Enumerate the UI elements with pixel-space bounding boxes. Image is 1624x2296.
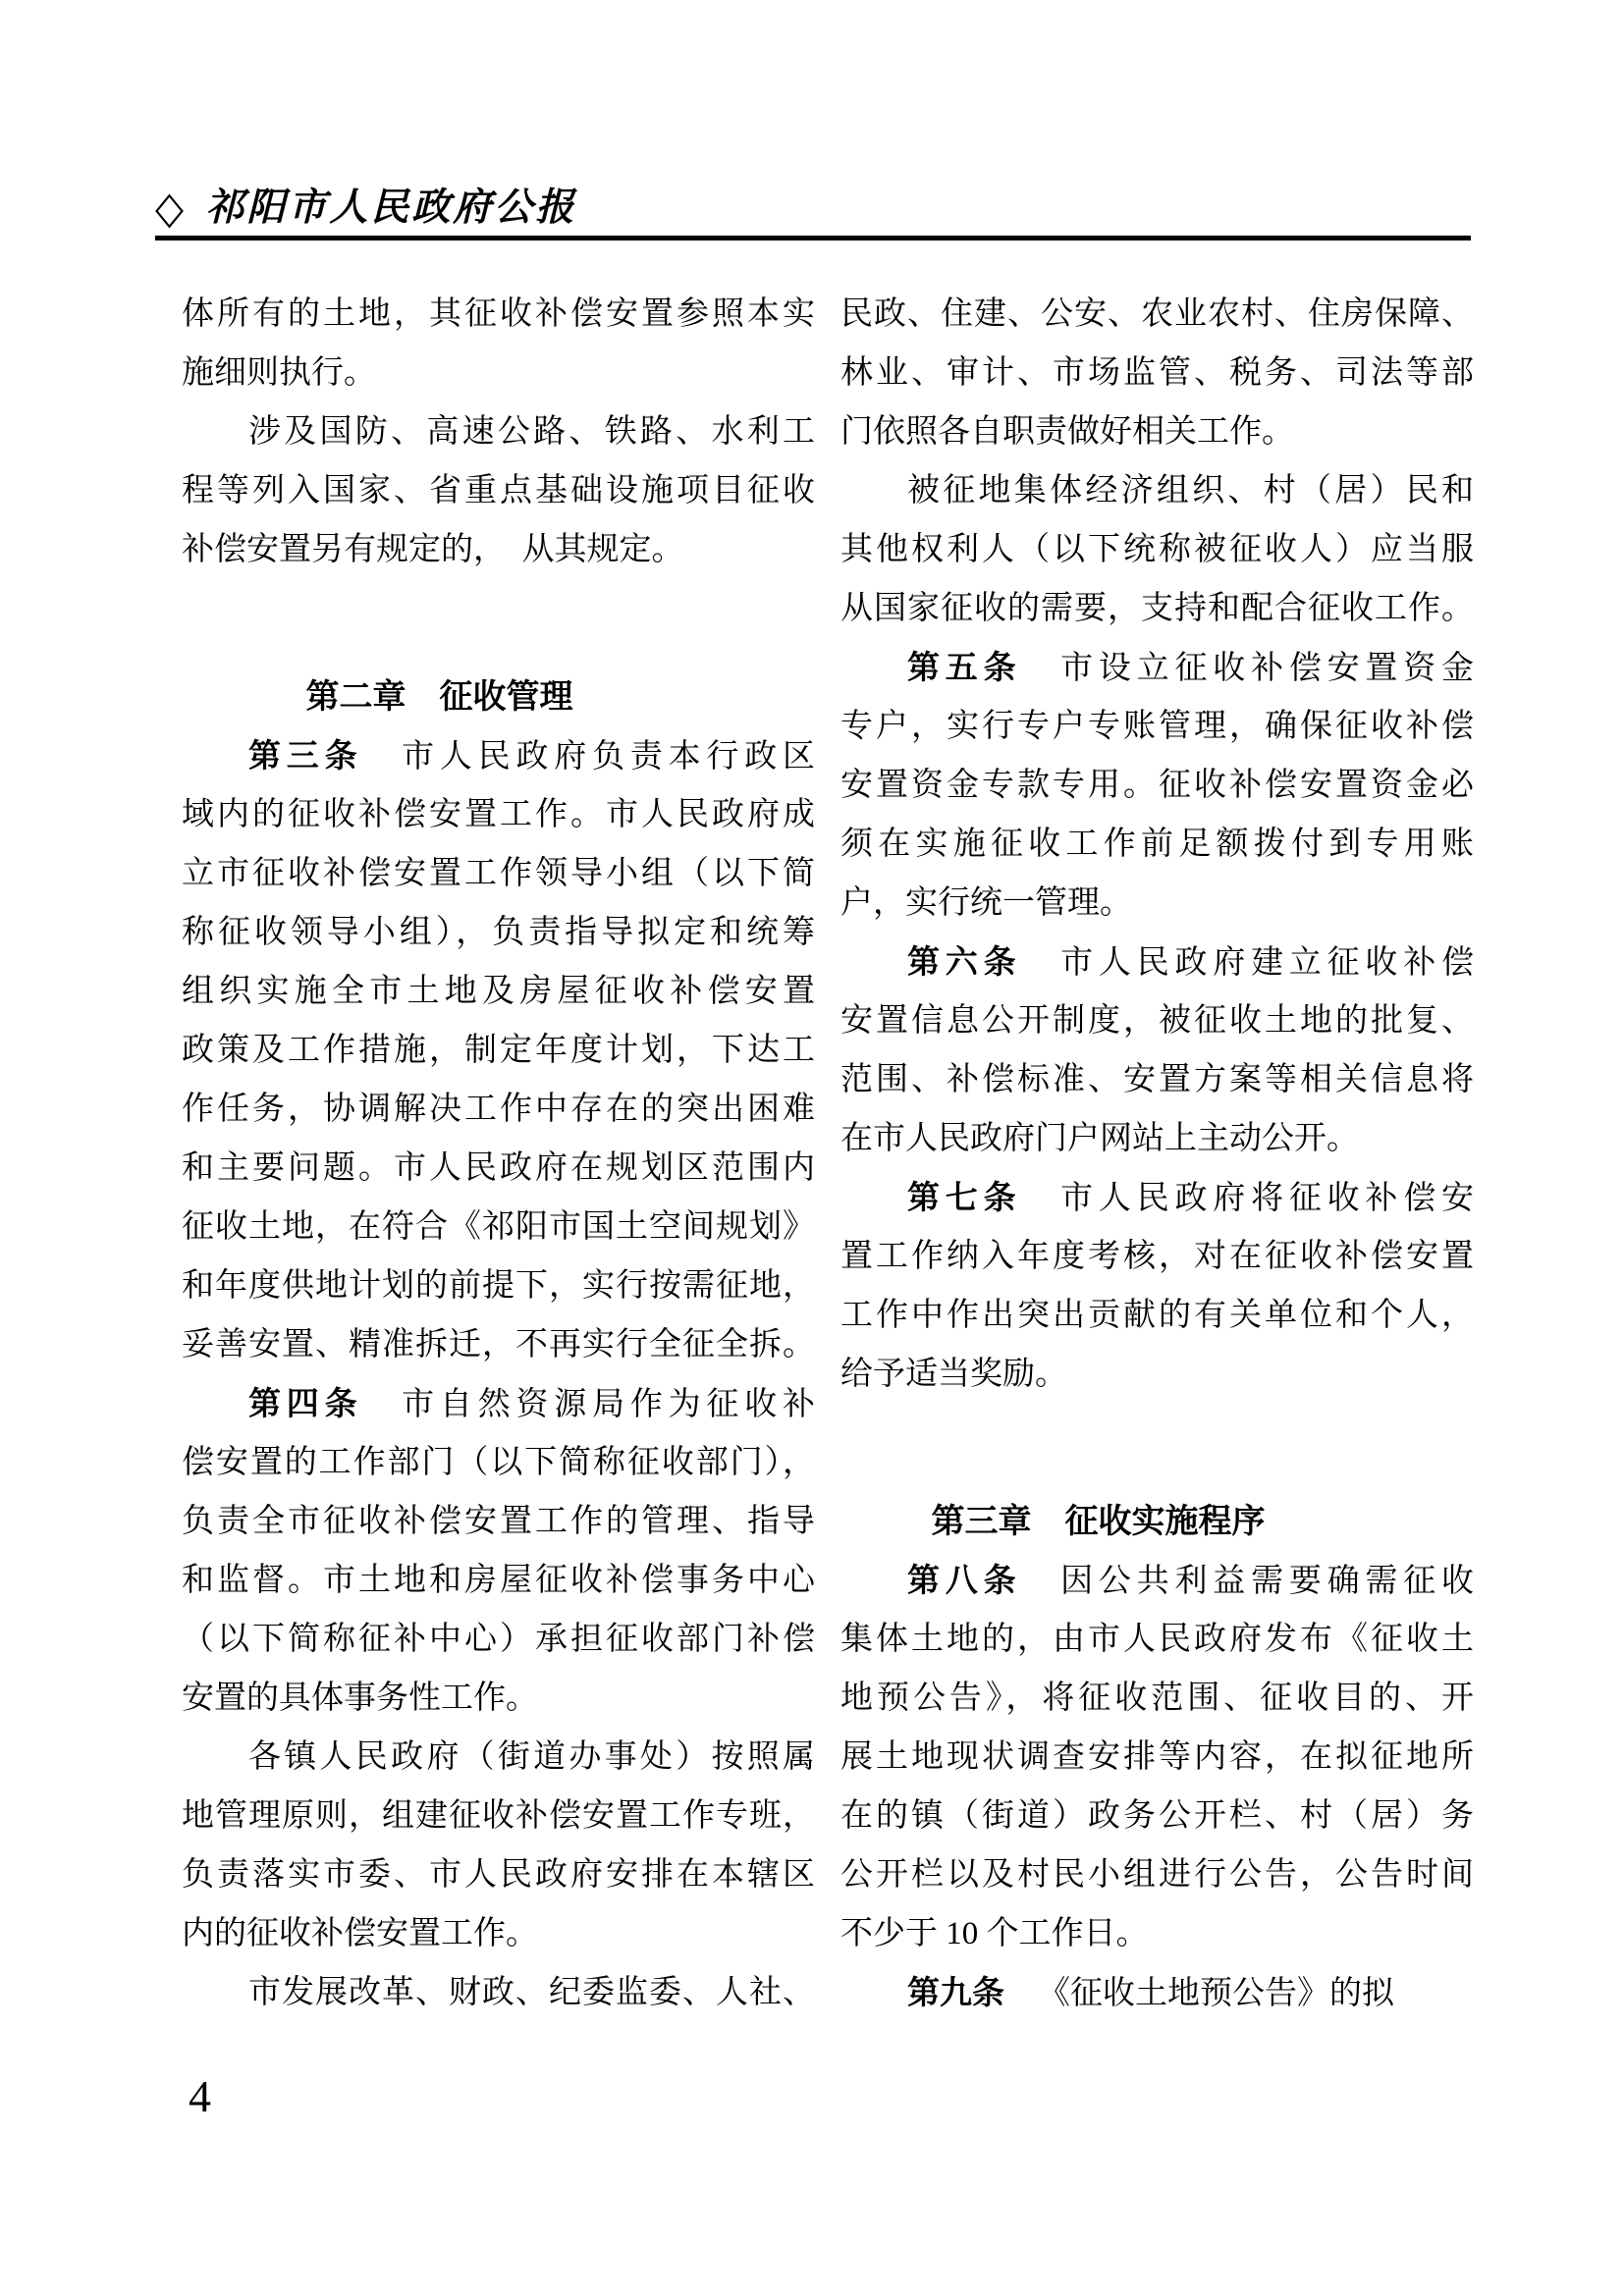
text-line: 从国家征收的需要，支持和配合征收工作。 xyxy=(840,579,1474,638)
diamond-icon: ◇ xyxy=(155,181,184,236)
text-columns: 体所有的土地，其征收补偿安置参照本实施细则执行。涉及国防、高速公路、铁路、水利工… xyxy=(182,285,1474,2022)
text-line: 第八条因公共利益需要确需征收 xyxy=(840,1551,1474,1610)
text-line: 给予适当奖励。 xyxy=(840,1345,1474,1404)
text-line: 林业、审计、市场监管、税务、司法等部 xyxy=(840,344,1474,402)
chapter-heading: 第三章 征收实施程序 xyxy=(840,1492,1474,1551)
article-number: 第六条 xyxy=(907,943,1021,980)
text-line: 在的镇（街道）政务公开栏、村（居）务 xyxy=(840,1787,1474,1845)
article-number: 第五条 xyxy=(907,649,1021,685)
section-spacer xyxy=(840,1404,1474,1492)
text-line: 安置信息公开制度，被征收土地的批复、 xyxy=(840,991,1474,1050)
text-line: 公开栏以及村民小组进行公告，公告时间 xyxy=(840,1845,1474,1904)
text-line: 专户，实行专户专账管理，确保征收补偿 xyxy=(840,697,1474,756)
text-line: 内的征收补偿安置工作。 xyxy=(182,1904,815,1963)
text-line: 和监督。市土地和房屋征收补偿事务中心 xyxy=(182,1551,815,1610)
text-line: 程等列入国家、省重点基础设施项目征收 xyxy=(182,461,815,520)
text-line: 不少于 10 个工作日。 xyxy=(840,1904,1474,1963)
gazette-page: ◇ 祁阳市人民政府公报 体所有的土地，其征收补偿安置参照本实施细则执行。涉及国防… xyxy=(0,0,1624,2296)
left-column: 体所有的土地，其征收补偿安置参照本实施细则执行。涉及国防、高速公路、铁路、水利工… xyxy=(182,285,815,2022)
text-line: 地预公告》，将征收范围、征收目的、开 xyxy=(840,1669,1474,1728)
text-line: 妥善安置、精准拆迁，不再实行全征全拆。 xyxy=(182,1315,815,1374)
text-line: 施细则执行。 xyxy=(182,344,815,402)
text-line: 被征地集体经济组织、村（居）民和 xyxy=(840,461,1474,520)
text-line: 偿安置的工作部门（以下简称征收部门）， xyxy=(182,1433,815,1492)
text-line: 展土地现状调查安排等内容，在拟征地所 xyxy=(840,1728,1474,1787)
text-line: 作任务，协调解决工作中存在的突出困难 xyxy=(182,1080,815,1139)
text-line: 第七条市人民政府将征收补偿安 xyxy=(840,1168,1474,1227)
text-line: 民政、住建、公安、农业农村、住房保障、 xyxy=(840,285,1474,344)
text-line: 安置资金专款专用。征收补偿安置资金必 xyxy=(840,756,1474,815)
text-line: 置工作纳入年度考核，对在征收补偿安置 xyxy=(840,1227,1474,1286)
article-number: 第九条 xyxy=(907,1974,1004,2010)
text-line: （以下简称征补中心）承担征收部门补偿 xyxy=(182,1610,815,1669)
text-line: 集体土地的，由市人民政府发布《征收土 xyxy=(840,1610,1474,1669)
text-line: 体所有的土地，其征收补偿安置参照本实 xyxy=(182,285,815,344)
text-line: 范围、补偿标准、安置方案等相关信息将 xyxy=(840,1050,1474,1109)
text-line: 征收土地，在符合《祁阳市国土空间规划》 xyxy=(182,1198,815,1256)
right-column: 民政、住建、公安、农业农村、住房保障、林业、审计、市场监管、税务、司法等部门依照… xyxy=(840,285,1474,2022)
article-number: 第七条 xyxy=(907,1179,1021,1215)
page-number: 4 xyxy=(189,2067,211,2126)
text-line: 和年度供地计划的前提下，实行按需征地， xyxy=(182,1256,815,1315)
text-line: 工作中作出突出贡献的有关单位和个人， xyxy=(840,1286,1474,1345)
section-spacer xyxy=(182,579,815,667)
text-line: 第九条《征收土地预公告》的拟 xyxy=(840,1963,1474,2022)
text-line: 组织实施全市土地及房屋征收补偿安置 xyxy=(182,962,815,1021)
article-number: 第三条 xyxy=(248,737,362,774)
chapter-heading: 第二章 征收管理 xyxy=(182,667,815,726)
article-number: 第八条 xyxy=(907,1562,1021,1598)
text-line: 涉及国防、高速公路、铁路、水利工 xyxy=(182,402,815,461)
text-line: 负责全市征收补偿安置工作的管理、指导 xyxy=(182,1492,815,1551)
text-line: 域内的征收补偿安置工作。市人民政府成 xyxy=(182,785,815,844)
text-line: 市发展改革、财政、纪委监委、人社、 xyxy=(182,1963,815,2022)
page-header: ◇ 祁阳市人民政府公报 xyxy=(155,181,1471,236)
text-line: 户，实行统一管理。 xyxy=(840,874,1474,933)
gazette-title: 祁阳市人民政府公报 xyxy=(205,181,576,236)
text-line: 第六条市人民政府建立征收补偿 xyxy=(840,933,1474,991)
text-line: 各镇人民政府（街道办事处）按照属 xyxy=(182,1728,815,1787)
text-line: 第三条市人民政府负责本行政区 xyxy=(182,726,815,785)
text-line: 在市人民政府门户网站上主动公开。 xyxy=(840,1109,1474,1168)
text-line: 立市征收补偿安置工作领导小组（以下简 xyxy=(182,844,815,903)
text-line: 负责落实市委、市人民政府安排在本辖区 xyxy=(182,1845,815,1904)
text-line: 补偿安置另有规定的， 从其规定。 xyxy=(182,520,815,579)
text-line: 安置的具体事务性工作。 xyxy=(182,1669,815,1728)
text-line: 第五条市设立征收补偿安置资金 xyxy=(840,638,1474,697)
text-line: 第四条市自然资源局作为征收补 xyxy=(182,1374,815,1433)
text-line: 称征收领导小组），负责指导拟定和统筹 xyxy=(182,903,815,962)
text-line: 政策及工作措施，制定年度计划，下达工 xyxy=(182,1021,815,1080)
text-line: 地管理原则，组建征收补偿安置工作专班， xyxy=(182,1787,815,1845)
text-line: 其他权利人（以下统称被征收人）应当服 xyxy=(840,520,1474,579)
text-line: 须在实施征收工作前足额拨付到专用账 xyxy=(840,815,1474,874)
text-line: 门依照各自职责做好相关工作。 xyxy=(840,402,1474,461)
article-number: 第四条 xyxy=(248,1385,362,1421)
header-rule xyxy=(155,236,1471,240)
text-line: 和主要问题。市人民政府在规划区范围内 xyxy=(182,1139,815,1198)
